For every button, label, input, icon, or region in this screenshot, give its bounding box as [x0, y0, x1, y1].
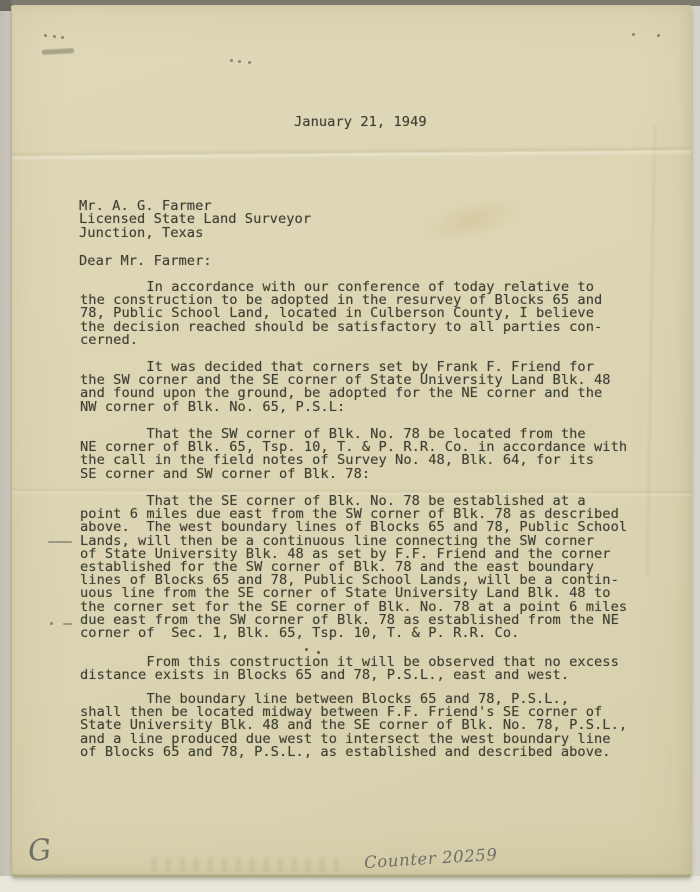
pencil-dot — [632, 33, 635, 36]
scan-corner-shadow — [0, 0, 11, 11]
pencil-margin-dash — [63, 623, 72, 625]
scan-background-right — [690, 0, 700, 892]
pencil-dot — [657, 34, 660, 37]
ink-dot — [305, 648, 308, 651]
letter-date: January 21, 1949 — [294, 116, 427, 129]
paper-fold-crease-upper — [12, 145, 691, 161]
letter-page: January 21, 1949 Mr. A. G. Farmer Licens… — [12, 5, 691, 876]
pencil-margin-dash — [48, 541, 72, 543]
ink-dot — [317, 651, 320, 654]
paper-stain-upper-right — [419, 189, 525, 250]
paragraph-3: That the SW corner of Blk. No. 78 be loc… — [80, 428, 627, 481]
paragraph-6: The boundary line between Blocks 65 and … — [80, 693, 627, 759]
pencil-smudge — [42, 48, 74, 55]
scan-background-bottom — [0, 876, 700, 892]
pencil-dot — [238, 60, 241, 63]
paper-bottom-edge-shadow — [12, 874, 691, 877]
pencil-dot — [61, 36, 64, 39]
paper-crease-vertical — [644, 125, 658, 575]
bleedthrough-mark — [150, 858, 340, 872]
pencil-dot — [248, 61, 251, 64]
handwritten-file-mark: G — [26, 832, 53, 868]
pencil-dot — [230, 59, 233, 62]
pencil-margin-dot — [50, 622, 53, 625]
paragraph-2: It was decided that corners set by Frank… — [80, 361, 611, 414]
handwritten-counter-number: Counter 20259 — [364, 845, 499, 872]
paragraph-5: From this construction it will be observ… — [80, 656, 619, 682]
pencil-dot — [53, 35, 56, 38]
paragraph-4: That the SE corner of Blk. No. 78 be est… — [80, 495, 627, 640]
paragraph-1: In accordance with our conference of tod… — [80, 281, 602, 347]
salutation: Dear Mr. Farmer: — [79, 255, 212, 268]
scanned-letter-document: January 21, 1949 Mr. A. G. Farmer Licens… — [0, 0, 700, 892]
pencil-dot — [44, 34, 47, 37]
recipient-city: Junction, Texas — [79, 227, 203, 240]
